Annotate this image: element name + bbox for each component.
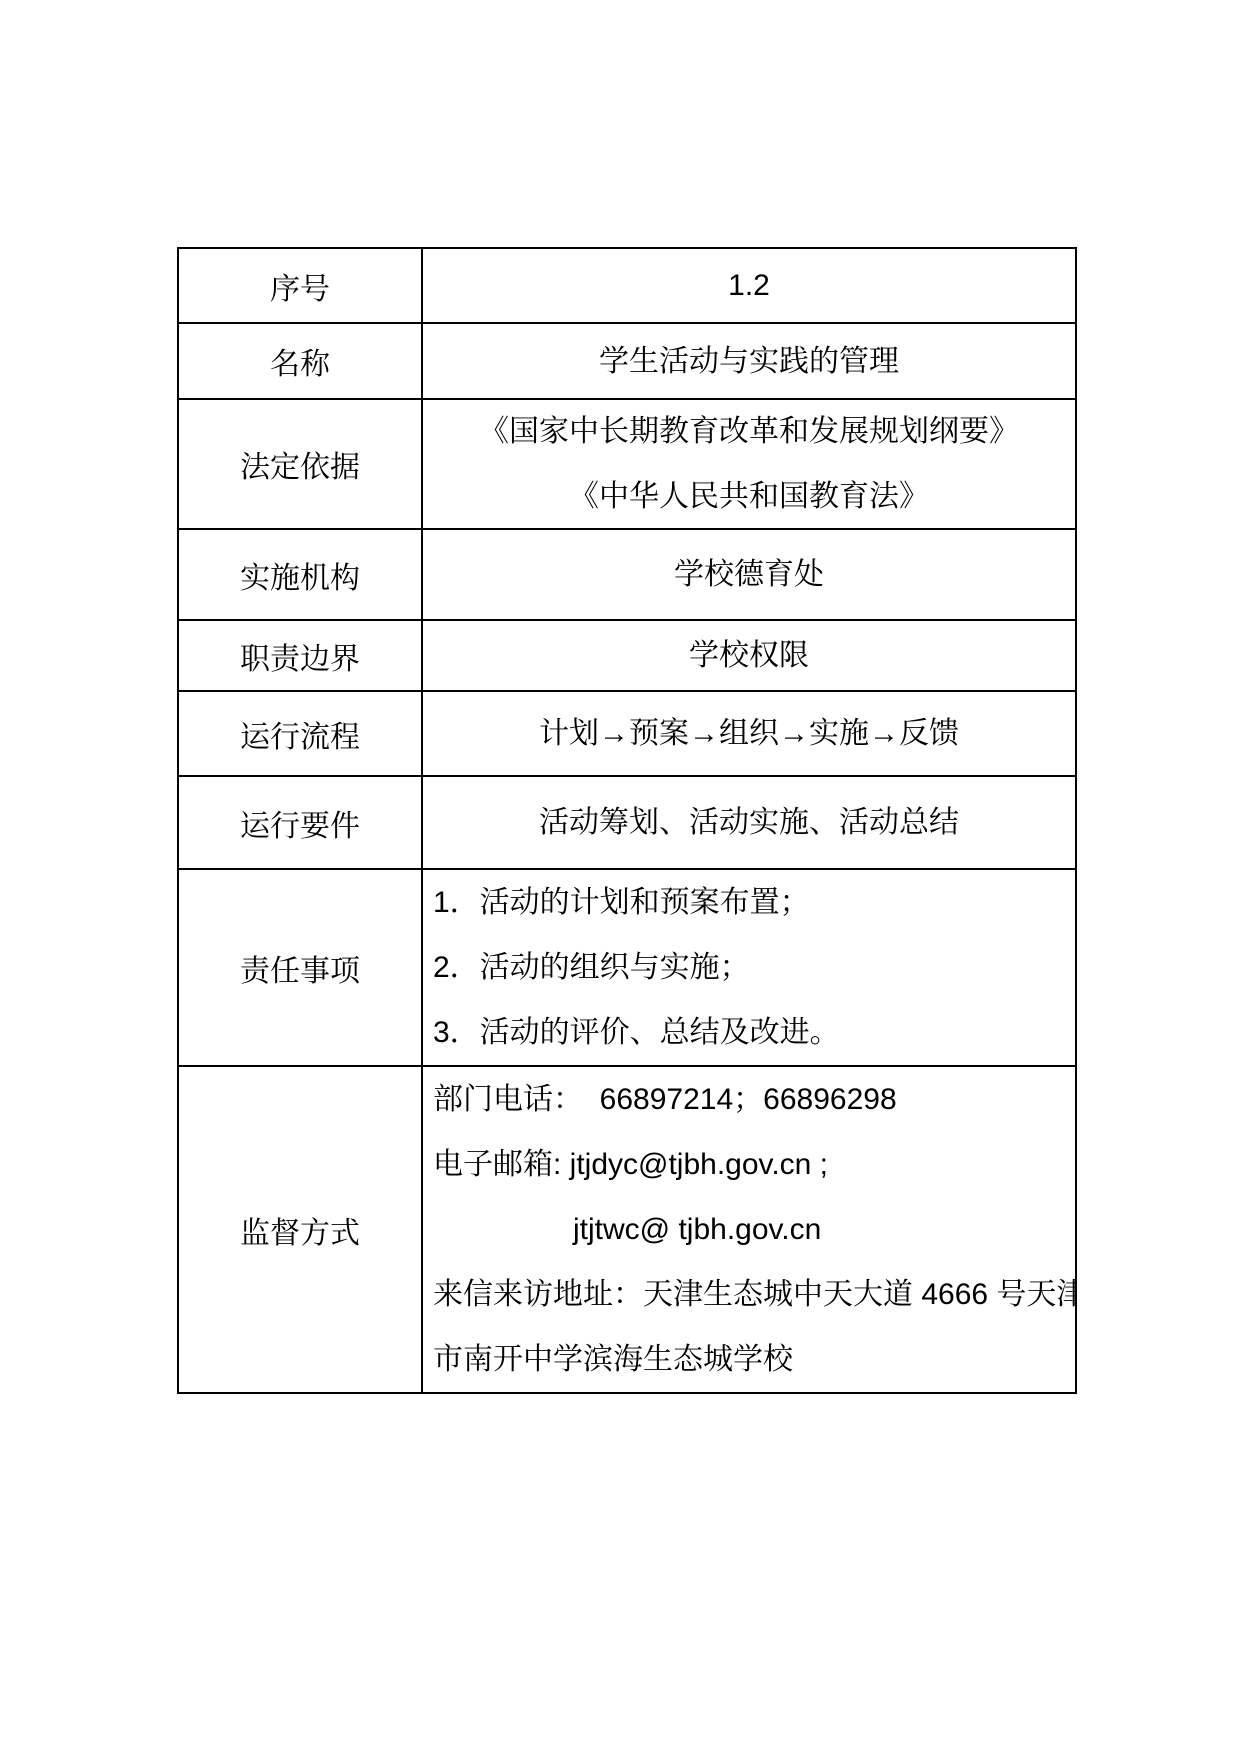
table-row-operation-requirements: 运行要件 活动筹划、活动实施、活动总结 — [179, 777, 1075, 870]
implementing-agency-text: 学校德育处 — [674, 542, 824, 607]
responsibility-item-3: 3．活动的评价、总结及改进。 — [423, 1000, 1075, 1065]
document-page: 序号 1.2 名称 学生活动与实践的管理 法定依据 《国家中长期教育改革和发展规… — [0, 0, 1241, 1754]
label-supervision-method: 监督方式 — [179, 1067, 423, 1392]
label-responsibility-items: 责任事项 — [179, 870, 423, 1065]
operation-process-text: 计划→预案→组织→实施→反馈 — [539, 701, 959, 766]
label-responsibility-boundary: 职责边界 — [179, 621, 423, 690]
table-row-responsibility-boundary: 职责边界 学校权限 — [179, 621, 1075, 692]
table-row-implementing-agency: 实施机构 学校德育处 — [179, 530, 1075, 621]
table-row-name: 名称 学生活动与实践的管理 — [179, 324, 1075, 400]
name-text: 学生活动与实践的管理 — [599, 329, 899, 394]
legal-basis-line-2: 《中华人民共和国教育法》 — [569, 464, 929, 528]
supervision-address-line-1: 来信来访地址：天津生态城中天大道 4666 号天津 — [423, 1262, 1075, 1327]
legal-basis-line-1: 《国家中长期教育改革和发展规划纲要》 — [479, 400, 1019, 464]
info-table: 序号 1.2 名称 学生活动与实践的管理 法定依据 《国家中长期教育改革和发展规… — [177, 247, 1077, 1394]
value-supervision-method: 部门电话： 66897214；66896298 电子邮箱: jtjdyc@tjb… — [423, 1067, 1075, 1392]
value-operation-requirements: 活动筹划、活动实施、活动总结 — [423, 777, 1075, 868]
supervision-address-line-2: 市南开中学滨海生态城学校 — [423, 1327, 1075, 1392]
value-serial-number: 1.2 — [423, 249, 1075, 322]
responsibility-item-1: 1．活动的计划和预案布置； — [423, 870, 1075, 935]
value-operation-process: 计划→预案→组织→实施→反馈 — [423, 692, 1075, 775]
label-operation-requirements: 运行要件 — [179, 777, 423, 868]
responsibility-item-2: 2．活动的组织与实施； — [423, 935, 1075, 1000]
responsibility-boundary-text: 学校权限 — [689, 623, 809, 688]
supervision-phone-line: 部门电话： 66897214；66896298 — [423, 1067, 1075, 1132]
supervision-email-line-2: jtjtwc@ tjbh.gov.cn — [423, 1197, 1075, 1262]
operation-requirements-text: 活动筹划、活动实施、活动总结 — [539, 790, 959, 855]
table-row-operation-process: 运行流程 计划→预案→组织→实施→反馈 — [179, 692, 1075, 777]
label-operation-process: 运行流程 — [179, 692, 423, 775]
table-row-legal-basis: 法定依据 《国家中长期教育改革和发展规划纲要》 《中华人民共和国教育法》 — [179, 400, 1075, 530]
table-row-responsibility-items: 责任事项 1．活动的计划和预案布置； 2．活动的组织与实施； 3．活动的评价、总… — [179, 870, 1075, 1067]
value-responsibility-boundary: 学校权限 — [423, 621, 1075, 690]
label-serial-number: 序号 — [179, 249, 423, 322]
label-legal-basis: 法定依据 — [179, 400, 423, 528]
supervision-email-line-1: 电子邮箱: jtjdyc@tjbh.gov.cn ; — [423, 1132, 1075, 1197]
table-row-supervision-method: 监督方式 部门电话： 66897214；66896298 电子邮箱: jtjdy… — [179, 1067, 1075, 1392]
value-implementing-agency: 学校德育处 — [423, 530, 1075, 619]
value-responsibility-items: 1．活动的计划和预案布置； 2．活动的组织与实施； 3．活动的评价、总结及改进。 — [423, 870, 1075, 1065]
value-legal-basis: 《国家中长期教育改革和发展规划纲要》 《中华人民共和国教育法》 — [423, 400, 1075, 528]
serial-number-text: 1.2 — [728, 253, 770, 318]
value-name: 学生活动与实践的管理 — [423, 324, 1075, 398]
label-implementing-agency: 实施机构 — [179, 530, 423, 619]
table-row-serial-number: 序号 1.2 — [179, 249, 1075, 324]
label-name: 名称 — [179, 324, 423, 398]
